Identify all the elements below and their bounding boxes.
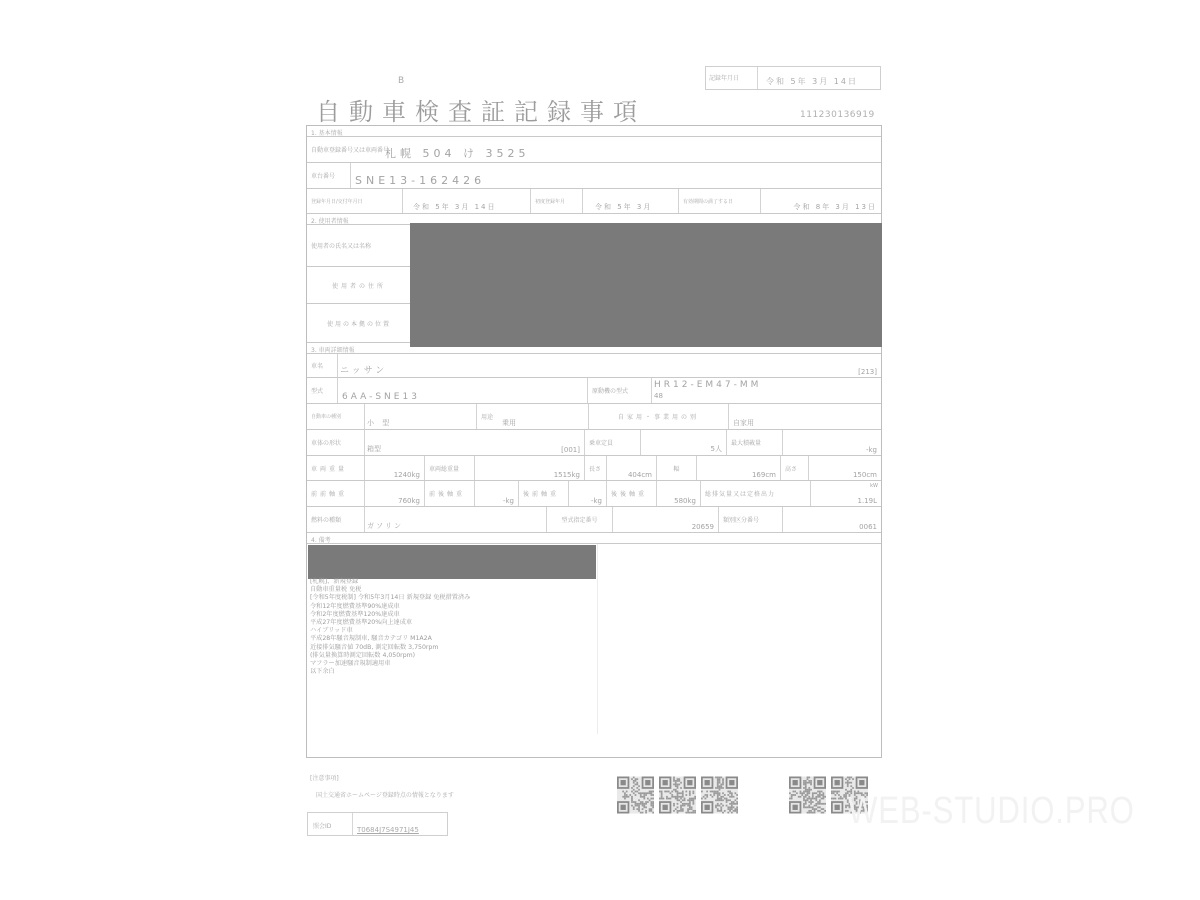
capacity-value: 5人 — [711, 444, 722, 454]
registration-label: 自動車登録番号又は車両番号 — [311, 145, 389, 154]
document-number: 111230136919 — [800, 110, 875, 120]
inquiry-id-box: 照会ID T0684J7S4971J45 — [307, 812, 448, 836]
remarks-line: 令和2年度燃費基準120%達成車 — [310, 611, 598, 619]
form-mark: B — [398, 76, 404, 86]
watermark: WEB-STUDIO.PRO — [848, 790, 1135, 833]
record-date-box: 記録年月日 令和 5年 3月 14日 — [705, 66, 881, 90]
qr-code-icon — [789, 776, 826, 814]
notice-heading: [注意事項] — [310, 773, 339, 782]
dates-row: 登録年月日/交付年月日 令和 5年 3月 14日 初度登録年月 令和 5年 3月… — [307, 189, 881, 214]
class-value: 小 型 — [367, 418, 392, 428]
rf-axle-value: -kg — [591, 497, 602, 505]
record-date-label: 記録年月日 — [706, 67, 758, 89]
type-number-value: 20659 — [692, 523, 714, 531]
weight-row: 車両重量 1240kg 車両総重量 1515kg 長さ 404cm 幅 169c… — [307, 456, 881, 481]
qr-code-icon — [617, 776, 654, 814]
remarks-line: [令和5年度税制] 令和5年3月14日 新規登録 免税措置済み — [310, 594, 598, 602]
body-code: [001] — [561, 446, 580, 454]
use-value: 乗用 — [502, 418, 516, 428]
user-name-label: 使用者の氏名又は名称 — [311, 241, 371, 250]
reg-date-value: 令和 5年 3月 14日 — [413, 202, 497, 212]
remarks-line: マフラー加速騒音規制適用車 — [310, 660, 598, 668]
ff-axle-value: 760kg — [398, 497, 420, 505]
fuel-row: 燃料の種類 ガソリン 型式指定番号 20659 類別区分番号 0061 — [307, 507, 881, 533]
notice-text: 国土交通省ホームページ登録時点の情報となります — [316, 790, 454, 799]
redacted-user-info — [410, 223, 882, 347]
remarks-line: [札幌]、新規登録 — [310, 578, 598, 586]
expiry-value: 令和 8年 3月 13日 — [794, 202, 878, 212]
width-value: 169cm — [752, 471, 776, 479]
section-remarks-header: 4. 備考 — [307, 533, 881, 544]
make-code: [213] — [858, 368, 877, 376]
redacted-remarks — [308, 545, 596, 579]
remarks-line: 以下余白 — [310, 668, 598, 676]
height-value: 150cm — [853, 471, 877, 479]
body-value: 箱型 — [367, 444, 381, 454]
gross-weight-value: 1515kg — [554, 471, 580, 479]
make-row: 車名 ニッサン [213] — [307, 354, 881, 378]
chassis-value: SNE13-162426 — [355, 174, 485, 187]
record-form: 1. 基本情報 自動車登録番号又は車両番号 札幌 504 け 3525 車台番号… — [306, 125, 882, 758]
body-row: 車体の形状 箱型 [001] 乗車定員 5人 最大積載量 -kg — [307, 430, 881, 456]
chassis-label: 車台番号 — [311, 171, 335, 180]
inquiry-id-value: T0684J7S4971J45 — [353, 813, 447, 835]
remarks-line: (排気量換算時測定回転数 4,050rpm) — [310, 652, 598, 660]
model-value: 6AA-SNE13 — [342, 392, 420, 402]
chassis-row: 車台番号 SNE13-162426 — [307, 163, 881, 189]
max-load-value: -kg — [866, 446, 877, 454]
rr-axle-value: 580kg — [674, 497, 696, 505]
first-reg-value: 令和 5年 3月 — [595, 202, 652, 212]
remarks-line: 近接排気騒音値 70dB, 測定回転数 3,750rpm — [310, 644, 598, 652]
vehicle-inspection-record: B 自動車検査証記録事項 111230136919 記録年月日 令和 5年 3月… — [0, 0, 1200, 900]
remarks-line: 平成28年騒音規制車, 騒音カテゴリ M1A2A — [310, 635, 598, 643]
length-value: 404cm — [628, 471, 652, 479]
fr-axle-value: -kg — [503, 497, 514, 505]
weight-value: 1240kg — [394, 471, 420, 479]
make-value: ニッサン — [340, 363, 387, 376]
user-base-label: 使用の本拠の位置 — [327, 319, 391, 328]
engine-value: HR12-EM47-MM — [654, 380, 761, 390]
displacement-value: 1.19L — [858, 497, 878, 505]
inquiry-id-label: 照会ID — [308, 813, 353, 835]
registration-value: 札幌 504 け 3525 — [385, 145, 529, 161]
remarks-text: [札幌]、新規登録自動車重量税 免税[令和5年度税制] 令和5年3月14日 新規… — [310, 578, 598, 676]
qr-code-icon — [701, 776, 738, 814]
user-address-label: 使用者の住所 — [332, 281, 386, 290]
remarks-line: 令和12年度燃費基準90%達成車 — [310, 603, 598, 611]
document-title: 自動車検査証記録事項 — [316, 92, 646, 127]
fuel-value: ガソリン — [367, 521, 403, 531]
category-number-value: 0061 — [859, 523, 877, 531]
class-row: 自動車の種別 小 型 用途 乗用 自家用・事業用の別 自家用 — [307, 404, 881, 430]
registration-row: 自動車登録番号又は車両番号 札幌 504 け 3525 — [307, 137, 881, 163]
private-value: 自家用 — [733, 418, 754, 428]
section-vehicle-header: 3. 車両詳細情報 — [307, 343, 881, 354]
section-basic-header: 1. 基本情報 — [307, 126, 881, 137]
axle-row: 前前軸重 760kg 前後軸重 -kg 後前軸重 -kg 後後軸重 580kg … — [307, 481, 881, 507]
model-row: 型式 6AA-SNE13 原動機の型式 HR12-EM47-MM 48 — [307, 378, 881, 404]
remarks-line: 平成27年度燃費基準20%向上達成車 — [310, 619, 598, 627]
record-date-value: 令和 5年 3月 14日 — [758, 67, 880, 89]
qr-code-icon — [659, 776, 696, 814]
